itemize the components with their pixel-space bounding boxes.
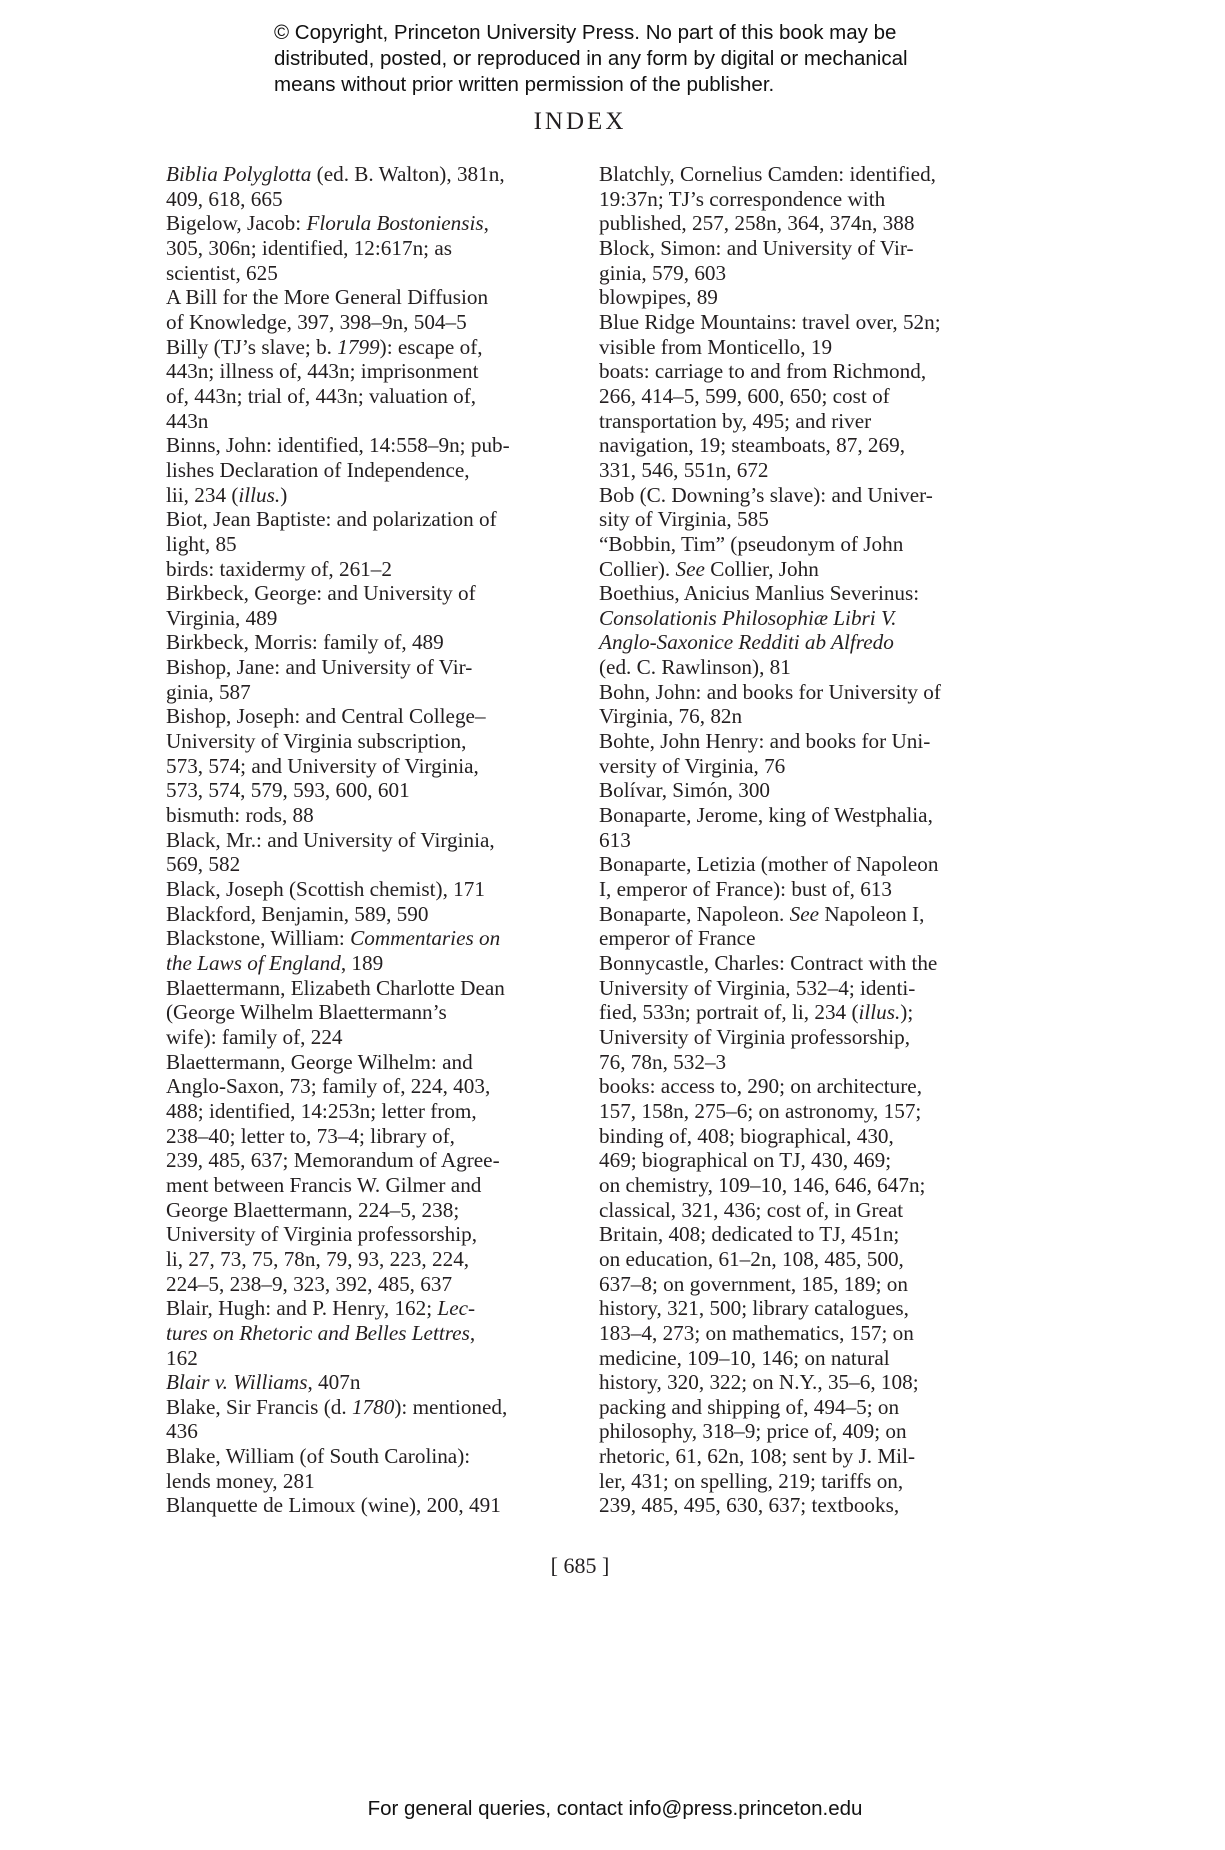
text: fied, 533n; portrait of, li, 234 (: [599, 1000, 859, 1024]
text: Blackstone, William:: [166, 926, 350, 950]
text: birds: taxidermy of, 261–2: [166, 557, 392, 581]
index-entry-continuation-line: 613: [621, 828, 1019, 853]
index-entry-heading-line: blowpipes, 89: [621, 285, 1019, 310]
index-entry-continuation-line: fied, 533n; portrait of, li, 234 (illus.…: [621, 1000, 1019, 1025]
text: wife): family of, 224: [166, 1025, 343, 1049]
index-entry-heading-line: Bishop, Jane: and University of Vir-: [188, 655, 586, 680]
index-entry-continuation-line: ginia, 587: [188, 680, 586, 705]
text: 613: [599, 828, 631, 852]
index-entry-continuation-line: lishes Declaration of Independence,: [188, 458, 586, 483]
text: Blue Ridge Mountains: travel over, 52n;: [599, 310, 941, 334]
text: Virginia, 489: [166, 606, 277, 630]
index-entry-heading-line: Blackford, Benjamin, 589, 590: [188, 902, 586, 927]
index-entry-continuation-line: 443n; illness of, 443n; imprisonment: [188, 359, 586, 384]
text: Collier).: [599, 557, 676, 581]
index-entry-continuation-line: 469; biographical on TJ, 430, 469;: [621, 1148, 1019, 1173]
text: 224–5, 238–9, 323, 392, 485, 637: [166, 1272, 452, 1296]
text: , 407n: [307, 1370, 360, 1394]
italic-text: Commentaries on: [350, 926, 500, 950]
index-entry-continuation-line: 569, 582: [188, 852, 586, 877]
index-entry-continuation-line: classical, 321, 436; cost of, in Great: [621, 1198, 1019, 1223]
text: A Bill for the More General Diffusion: [166, 285, 488, 309]
text: on education, 61–2n, 108, 485, 500,: [599, 1247, 904, 1271]
text: of, 443n; trial of, 443n; valuation of,: [166, 384, 476, 408]
index-entry: birds: taxidermy of, 261–2: [166, 557, 586, 582]
text: Bob (C. Downing’s slave): and Univer-: [599, 483, 933, 507]
italic-text: 1780: [352, 1395, 394, 1419]
text: Boethius, Anicius Manlius Severinus:: [599, 581, 919, 605]
index-entry-continuation-line: 637–8; on government, 185, 189; on: [621, 1272, 1019, 1297]
index-entry-continuation-line: George Blaettermann, 224–5, 238;: [188, 1198, 586, 1223]
text: boats: carriage to and from Richmond,: [599, 359, 926, 383]
index-entry-continuation-line: (George Wilhelm Blaettermann’s: [188, 1000, 586, 1025]
text: 409, 618, 665: [166, 187, 283, 211]
index-entry-heading-line: Birkbeck, George: and University of: [188, 581, 586, 606]
index-entry: blowpipes, 89: [599, 285, 1019, 310]
text: University of Virginia professorship,: [166, 1222, 477, 1246]
italic-text: Biblia Polyglotta: [166, 162, 311, 186]
index-entry-continuation-line: 409, 618, 665: [188, 187, 586, 212]
index-entry: Blaettermann, Elizabeth Charlotte Dean(G…: [166, 976, 586, 1050]
index-entry-heading-line: Birkbeck, Morris: family of, 489: [188, 630, 586, 655]
index-entry-continuation-line: 76, 78n, 532–3: [621, 1050, 1019, 1075]
index-entry-continuation-line: published, 257, 258n, 364, 374n, 388: [621, 211, 1019, 236]
text: scientist, 625: [166, 261, 278, 285]
italic-text: Anglo-Saxonice Redditi ab Alfredo: [599, 630, 894, 654]
index-entry-continuation-line: binding of, 408; biographical, 430,: [621, 1124, 1019, 1149]
text: ,: [470, 1321, 475, 1345]
index-entry-continuation-line: sity of Virginia, 585: [621, 507, 1019, 532]
index-entry: Blackford, Benjamin, 589, 590: [166, 902, 586, 927]
text: emperor of France: [599, 926, 755, 950]
index-entry-continuation-line: scientist, 625: [188, 261, 586, 286]
text: Virginia, 76, 82n: [599, 704, 742, 728]
index-entry-continuation-line: light, 85: [188, 532, 586, 557]
text: binding of, 408; biographical, 430,: [599, 1124, 894, 1148]
index-entry-heading-line: Blackstone, William: Commentaries on: [188, 926, 586, 951]
text: medicine, 109–10, 146; on natural: [599, 1346, 890, 1370]
index-entry: Black, Mr.: and University of Virginia,5…: [166, 828, 586, 877]
italic-text: See: [676, 557, 705, 581]
text: I, emperor of France): bust of, 613: [599, 877, 892, 901]
index-entry-continuation-line: University of Virginia professorship,: [621, 1025, 1019, 1050]
index-entry-heading-line: Blaettermann, Elizabeth Charlotte Dean: [188, 976, 586, 1001]
text: 569, 582: [166, 852, 240, 876]
index-entry: Blatchly, Cornelius Camden: identified,1…: [599, 162, 1019, 236]
index-entry-heading-line: Blatchly, Cornelius Camden: identified,: [621, 162, 1019, 187]
text: University of Virginia subscription,: [166, 729, 466, 753]
index-entry: Biot, Jean Baptiste: and polarization of…: [166, 507, 586, 556]
italic-text: Florula Bostoniensis: [306, 211, 483, 235]
index-entry-continuation-line: lii, 234 (illus.): [188, 483, 586, 508]
index-entry: Blair, Hugh: and P. Henry, 162; Lec-ture…: [166, 1296, 586, 1370]
text: 573, 574, 579, 593, 600, 601: [166, 778, 410, 802]
text: Bonaparte, Napoleon.: [599, 902, 790, 926]
index-entry-continuation-line: ginia, 579, 603: [621, 261, 1019, 286]
text: Bigelow, Jacob:: [166, 211, 306, 235]
text: 436: [166, 1419, 198, 1443]
text: Birkbeck, George: and University of: [166, 581, 476, 605]
italic-text: Consolationis Philosophiæ Libri V.: [599, 606, 896, 630]
index-entry-continuation-line: University of Virginia subscription,: [188, 729, 586, 754]
index-entry-heading-line: Blue Ridge Mountains: travel over, 52n;: [621, 310, 1019, 335]
text: 76, 78n, 532–3: [599, 1050, 726, 1074]
text: 239, 485, 495, 630, 637; textbooks,: [599, 1493, 899, 1517]
text: Black, Joseph (Scottish chemist), 171: [166, 877, 485, 901]
italic-text: See: [790, 902, 819, 926]
index-entry-heading-line: Biblia Polyglotta (ed. B. Walton), 381n,: [188, 162, 586, 187]
text: Blackford, Benjamin, 589, 590: [166, 902, 428, 926]
text: University of Virginia professorship,: [599, 1025, 910, 1049]
index-entry-heading-line: Blair v. Williams, 407n: [188, 1370, 586, 1395]
index-entry-heading-line: books: access to, 290; on architecture,: [621, 1074, 1019, 1099]
text: history, 321, 500; library catalogues,: [599, 1296, 909, 1320]
text: on chemistry, 109–10, 146, 646, 647n;: [599, 1173, 925, 1197]
index-entry-continuation-line: transportation by, 495; and river: [621, 409, 1019, 434]
index-entry-continuation-line: (ed. C. Rawlinson), 81: [621, 655, 1019, 680]
italic-text: tures on Rhetoric and Belles Lettres: [166, 1321, 470, 1345]
index-entry-continuation-line: emperor of France: [621, 926, 1019, 951]
text: (ed. C. Rawlinson), 81: [599, 655, 791, 679]
text: light, 85: [166, 532, 237, 556]
index-entry-continuation-line: 157, 158n, 275–6; on astronomy, 157;: [621, 1099, 1019, 1124]
text: Blake, Sir Francis (d.: [166, 1395, 352, 1419]
text: ler, 431; on spelling, 219; tariffs on,: [599, 1469, 903, 1493]
index-entry-heading-line: Black, Joseph (Scottish chemist), 171: [188, 877, 586, 902]
index-entry-continuation-line: rhetoric, 61, 62n, 108; sent by J. Mil-: [621, 1444, 1019, 1469]
index-entry: Billy (TJ’s slave; b. 1799): escape of,4…: [166, 335, 586, 434]
index-entry: “Bobbin, Tim” (pseudonym of JohnCollier)…: [599, 532, 1019, 581]
text: history, 320, 322; on N.Y., 35–6, 108;: [599, 1370, 919, 1394]
index-entry-continuation-line: ler, 431; on spelling, 219; tariffs on,: [621, 1469, 1019, 1494]
text: ): [280, 483, 287, 507]
copyright-line: © Copyright, Princeton University Press.…: [274, 20, 974, 46]
text: bismuth: rods, 88: [166, 803, 314, 827]
text: 443n: [166, 409, 208, 433]
text: Black, Mr.: and University of Virginia,: [166, 828, 495, 852]
index-entry-heading-line: Blaettermann, George Wilhelm: and: [188, 1050, 586, 1075]
text: rhetoric, 61, 62n, 108; sent by J. Mil-: [599, 1444, 915, 1468]
text: Bonaparte, Letizia (mother of Napoleon: [599, 852, 938, 876]
text: 443n; illness of, 443n; imprisonment: [166, 359, 479, 383]
text: lends money, 281: [166, 1469, 315, 1493]
index-entry-continuation-line: history, 320, 322; on N.Y., 35–6, 108;: [621, 1370, 1019, 1395]
index-entry-continuation-line: Collier). See Collier, John: [621, 557, 1019, 582]
text: Collier, John: [705, 557, 819, 581]
index-entry: Birkbeck, George: and University ofVirgi…: [166, 581, 586, 630]
index-entry-continuation-line: 573, 574; and University of Virginia,: [188, 754, 586, 779]
italic-text: 1799: [337, 335, 379, 359]
index-entry: Blaettermann, George Wilhelm: andAnglo-S…: [166, 1050, 586, 1297]
index-entry-continuation-line: medicine, 109–10, 146; on natural: [621, 1346, 1019, 1371]
page-number: [ 685 ]: [0, 1553, 1160, 1579]
index-entry: Bolívar, Simón, 300: [599, 778, 1019, 803]
index-entry: Blake, William (of South Carolina):lends…: [166, 1444, 586, 1493]
index-entry-continuation-line: Britain, 408; dedicated to TJ, 451n;: [621, 1222, 1019, 1247]
index-entry-continuation-line: 331, 546, 551n, 672: [621, 458, 1019, 483]
index-entry: Bonaparte, Napoleon. See Napoleon I,empe…: [599, 902, 1019, 951]
index-entry-heading-line: Blake, William (of South Carolina):: [188, 1444, 586, 1469]
italic-text: Blair v. Williams: [166, 1370, 307, 1394]
index-entry-continuation-line: Anglo-Saxon, 73; family of, 224, 403,: [188, 1074, 586, 1099]
index-entry-heading-line: Block, Simon: and University of Vir-: [621, 236, 1019, 261]
index-entry-continuation-line: packing and shipping of, 494–5; on: [621, 1395, 1019, 1420]
index-entry-continuation-line: 183–4, 273; on mathematics, 157; on: [621, 1321, 1019, 1346]
text: Billy (TJ’s slave; b.: [166, 335, 337, 359]
index-entry-continuation-line: University of Virginia, 532–4; identi-: [621, 976, 1019, 1001]
text: ginia, 587: [166, 680, 251, 704]
index-entry-heading-line: birds: taxidermy of, 261–2: [188, 557, 586, 582]
index-entry-heading-line: A Bill for the More General Diffusion: [188, 285, 586, 310]
index-entry-continuation-line: Virginia, 489: [188, 606, 586, 631]
text: philosophy, 318–9; price of, 409; on: [599, 1419, 907, 1443]
text: Birkbeck, Morris: family of, 489: [166, 630, 444, 654]
text: Blair, Hugh: and P. Henry, 162;: [166, 1296, 437, 1320]
text: Bonaparte, Jerome, king of Westphalia,: [599, 803, 933, 827]
index-entry-continuation-line: tures on Rhetoric and Belles Lettres,: [188, 1321, 586, 1346]
text: Blake, William (of South Carolina):: [166, 1444, 470, 1468]
index-entry: Biblia Polyglotta (ed. B. Walton), 381n,…: [166, 162, 586, 211]
index-entry-heading-line: Bonaparte, Jerome, king of Westphalia,: [621, 803, 1019, 828]
index-entry-heading-line: Blake, Sir Francis (d. 1780): mentioned,: [188, 1395, 586, 1420]
index-entry-continuation-line: versity of Virginia, 76: [621, 754, 1019, 779]
text: lii, 234 (: [166, 483, 238, 507]
text: Bolívar, Simón, 300: [599, 778, 770, 802]
text: transportation by, 495; and river: [599, 409, 871, 433]
text: Britain, 408; dedicated to TJ, 451n;: [599, 1222, 899, 1246]
index-entry: A Bill for the More General Diffusionof …: [166, 285, 586, 334]
text: 331, 546, 551n, 672: [599, 458, 769, 482]
index-entry-heading-line: Bohn, John: and books for University of: [621, 680, 1019, 705]
text: Biot, Jean Baptiste: and polarization of: [166, 507, 497, 531]
index-entry: Black, Joseph (Scottish chemist), 171: [166, 877, 586, 902]
text: of Knowledge, 397, 398–9n, 504–5: [166, 310, 467, 334]
text: Napoleon I,: [819, 902, 924, 926]
text: lishes Declaration of Independence,: [166, 458, 470, 482]
index-entry-heading-line: Biot, Jean Baptiste: and polarization of: [188, 507, 586, 532]
text: ): mentioned,: [394, 1395, 507, 1419]
text: University of Virginia, 532–4; identi-: [599, 976, 915, 1000]
index-entry-continuation-line: ment between Francis W. Gilmer and: [188, 1173, 586, 1198]
index-entry: Bonaparte, Jerome, king of Westphalia,61…: [599, 803, 1019, 852]
text: 637–8; on government, 185, 189; on: [599, 1272, 908, 1296]
text: 162: [166, 1346, 198, 1370]
italic-text: illus.: [238, 483, 280, 507]
index-entry-continuation-line: 239, 485, 495, 630, 637; textbooks,: [621, 1493, 1019, 1518]
text: Bonnycastle, Charles: Contract with the: [599, 951, 937, 975]
text: Blanquette de Limoux (wine), 200, 491: [166, 1493, 501, 1517]
index-entry: bismuth: rods, 88: [166, 803, 586, 828]
index-entry-continuation-line: navigation, 19; steamboats, 87, 269,: [621, 433, 1019, 458]
index-entry-heading-line: Bonaparte, Napoleon. See Napoleon I,: [621, 902, 1019, 927]
text: 573, 574; and University of Virginia,: [166, 754, 479, 778]
index-entry-heading-line: boats: carriage to and from Richmond,: [621, 359, 1019, 384]
text: “Bobbin, Tim” (pseudonym of John: [599, 532, 903, 556]
index-entry: Blue Ridge Mountains: travel over, 52n;v…: [599, 310, 1019, 359]
index-entry-continuation-line: Anglo-Saxonice Redditi ab Alfredo: [621, 630, 1019, 655]
text: 19:37n; TJ’s correspondence with: [599, 187, 885, 211]
index-entry-heading-line: Boethius, Anicius Manlius Severinus:: [621, 581, 1019, 606]
text: visible from Monticello, 19: [599, 335, 832, 359]
index-entry-continuation-line: 224–5, 238–9, 323, 392, 485, 637: [188, 1272, 586, 1297]
index-entry-heading-line: Bohte, John Henry: and books for Uni-: [621, 729, 1019, 754]
text: Bohte, John Henry: and books for Uni-: [599, 729, 930, 753]
text: Anglo-Saxon, 73; family of, 224, 403,: [166, 1074, 490, 1098]
index-entry: Blackstone, William: Commentaries onthe …: [166, 926, 586, 975]
index-entry-continuation-line: visible from Monticello, 19: [621, 335, 1019, 360]
index-entry-continuation-line: 162: [188, 1346, 586, 1371]
index-entry: Block, Simon: and University of Vir-gini…: [599, 236, 1019, 285]
index-entry-continuation-line: 239, 485, 637; Memorandum of Agree-: [188, 1148, 586, 1173]
index-entry: books: access to, 290; on architecture,1…: [599, 1074, 1019, 1518]
text: Blaettermann, Elizabeth Charlotte Dean: [166, 976, 505, 1000]
index-entry-continuation-line: on chemistry, 109–10, 146, 646, 647n;: [621, 1173, 1019, 1198]
index-entry: boats: carriage to and from Richmond,266…: [599, 359, 1019, 482]
index-entry-continuation-line: 436: [188, 1419, 586, 1444]
italic-text: Lec-: [437, 1296, 475, 1320]
index-entry-heading-line: Bonnycastle, Charles: Contract with the: [621, 951, 1019, 976]
index-entry-continuation-line: 573, 574, 579, 593, 600, 601: [188, 778, 586, 803]
text: li, 27, 73, 75, 78n, 79, 93, 223, 224,: [166, 1247, 469, 1271]
copyright-line: means without prior written permission o…: [274, 72, 974, 98]
text: Blaettermann, George Wilhelm: and: [166, 1050, 473, 1074]
text: published, 257, 258n, 364, 374n, 388: [599, 211, 914, 235]
index-entry: Blair v. Williams, 407n: [166, 1370, 586, 1395]
text: books: access to, 290; on architecture,: [599, 1074, 922, 1098]
text: 239, 485, 637; Memorandum of Agree-: [166, 1148, 500, 1172]
index-entry-continuation-line: I, emperor of France): bust of, 613: [621, 877, 1019, 902]
index-entry-continuation-line: history, 321, 500; library catalogues,: [621, 1296, 1019, 1321]
index-entry-heading-line: Bolívar, Simón, 300: [621, 778, 1019, 803]
index-entry: Bob (C. Downing’s slave): and Univer-sit…: [599, 483, 1019, 532]
index-entry-continuation-line: of Knowledge, 397, 398–9n, 504–5: [188, 310, 586, 335]
copyright-line: distributed, posted, or reproduced in an…: [274, 46, 974, 72]
index-column-right: Blatchly, Cornelius Camden: identified,1…: [599, 162, 1019, 1518]
index-entry: Bohte, John Henry: and books for Uni-ver…: [599, 729, 1019, 778]
index-entry: Bigelow, Jacob: Florula Bostoniensis,305…: [166, 211, 586, 285]
index-entry-continuation-line: 19:37n; TJ’s correspondence with: [621, 187, 1019, 212]
index-entry-continuation-line: the Laws of England, 189: [188, 951, 586, 976]
index-entry: Blanquette de Limoux (wine), 200, 491: [166, 1493, 586, 1518]
index-entry-continuation-line: University of Virginia professorship,: [188, 1222, 586, 1247]
italic-text: illus.: [859, 1000, 901, 1024]
text: ment between Francis W. Gilmer and: [166, 1173, 481, 1197]
index-entry-continuation-line: lends money, 281: [188, 1469, 586, 1494]
index-entry-continuation-line: wife): family of, 224: [188, 1025, 586, 1050]
index-entry-continuation-line: 238–40; letter to, 73–4; library of,: [188, 1124, 586, 1149]
text: navigation, 19; steamboats, 87, 269,: [599, 433, 905, 457]
text: Block, Simon: and University of Vir-: [599, 236, 914, 260]
text: Binns, John: identified, 14:558–9n; pub-: [166, 433, 510, 457]
text: Bishop, Joseph: and Central College–: [166, 704, 486, 728]
text: (ed. B. Walton), 381n,: [311, 162, 504, 186]
index-entry-heading-line: Blair, Hugh: and P. Henry, 162; Lec-: [188, 1296, 586, 1321]
text: ginia, 579, 603: [599, 261, 726, 285]
index-entry-heading-line: Blanquette de Limoux (wine), 200, 491: [188, 1493, 586, 1518]
text: 183–4, 273; on mathematics, 157; on: [599, 1321, 914, 1345]
index-entry-heading-line: Bob (C. Downing’s slave): and Univer-: [621, 483, 1019, 508]
page-heading: INDEX: [0, 108, 1160, 136]
text: 238–40; letter to, 73–4; library of,: [166, 1124, 455, 1148]
text: packing and shipping of, 494–5; on: [599, 1395, 899, 1419]
index-entry-continuation-line: on education, 61–2n, 108, 485, 500,: [621, 1247, 1019, 1272]
index-entry-heading-line: Billy (TJ’s slave; b. 1799): escape of,: [188, 335, 586, 360]
text: Bohn, John: and books for University of: [599, 680, 941, 704]
index-entry-continuation-line: li, 27, 73, 75, 78n, 79, 93, 223, 224,: [188, 1247, 586, 1272]
index-entry: Binns, John: identified, 14:558–9n; pub-…: [166, 433, 586, 507]
index-entry: Blake, Sir Francis (d. 1780): mentioned,…: [166, 1395, 586, 1444]
text: classical, 321, 436; cost of, in Great: [599, 1198, 903, 1222]
text: George Blaettermann, 224–5, 238;: [166, 1198, 459, 1222]
text: blowpipes, 89: [599, 285, 718, 309]
index-entry-continuation-line: Virginia, 76, 82n: [621, 704, 1019, 729]
text: (George Wilhelm Blaettermann’s: [166, 1000, 447, 1024]
index-column-left: Biblia Polyglotta (ed. B. Walton), 381n,…: [166, 162, 586, 1518]
index-entry-continuation-line: philosophy, 318–9; price of, 409; on: [621, 1419, 1019, 1444]
index-entry: Bonnycastle, Charles: Contract with theU…: [599, 951, 1019, 1074]
index-entry: Bishop, Joseph: and Central College–Univ…: [166, 704, 586, 803]
index-entry-heading-line: “Bobbin, Tim” (pseudonym of John: [621, 532, 1019, 557]
index-entry-heading-line: Bigelow, Jacob: Florula Bostoniensis,: [188, 211, 586, 236]
index-entry-continuation-line: of, 443n; trial of, 443n; valuation of,: [188, 384, 586, 409]
italic-text: the Laws of England: [166, 951, 341, 975]
index-entry-heading-line: Black, Mr.: and University of Virginia,: [188, 828, 586, 853]
text: ,: [484, 211, 489, 235]
text: versity of Virginia, 76: [599, 754, 785, 778]
text: 266, 414–5, 599, 600, 650; cost of: [599, 384, 890, 408]
text: Bishop, Jane: and University of Vir-: [166, 655, 472, 679]
text: );: [900, 1000, 913, 1024]
index-entry-heading-line: Bonaparte, Letizia (mother of Napoleon: [621, 852, 1019, 877]
index-entry-heading-line: Binns, John: identified, 14:558–9n; pub-: [188, 433, 586, 458]
text: 305, 306n; identified, 12:617n; as: [166, 236, 452, 260]
text: ): escape of,: [380, 335, 483, 359]
text: , 189: [341, 951, 383, 975]
index-entry-heading-line: bismuth: rods, 88: [188, 803, 586, 828]
index-entry: Birkbeck, Morris: family of, 489: [166, 630, 586, 655]
index-entry-heading-line: Bishop, Joseph: and Central College–: [188, 704, 586, 729]
index-entry-continuation-line: 266, 414–5, 599, 600, 650; cost of: [621, 384, 1019, 409]
copyright-notice: © Copyright, Princeton University Press.…: [274, 20, 974, 98]
text: sity of Virginia, 585: [599, 507, 769, 531]
text: 488; identified, 14:253n; letter from,: [166, 1099, 477, 1123]
index-entry: Bohn, John: and books for University ofV…: [599, 680, 1019, 729]
index-entry-continuation-line: 488; identified, 14:253n; letter from,: [188, 1099, 586, 1124]
text: Blatchly, Cornelius Camden: identified,: [599, 162, 936, 186]
index-entry-continuation-line: Consolationis Philosophiæ Libri V.: [621, 606, 1019, 631]
index-entry: Bonaparte, Letizia (mother of NapoleonI,…: [599, 852, 1019, 901]
index-entry: Boethius, Anicius Manlius Severinus:Cons…: [599, 581, 1019, 680]
text: 469; biographical on TJ, 430, 469;: [599, 1148, 891, 1172]
text: 157, 158n, 275–6; on astronomy, 157;: [599, 1099, 921, 1123]
index-entry: Bishop, Jane: and University of Vir-gini…: [166, 655, 586, 704]
index-entry-continuation-line: 305, 306n; identified, 12:617n; as: [188, 236, 586, 261]
contact-footer: For general queries, contact info@press.…: [0, 1797, 1225, 1821]
index-entry-continuation-line: 443n: [188, 409, 586, 434]
